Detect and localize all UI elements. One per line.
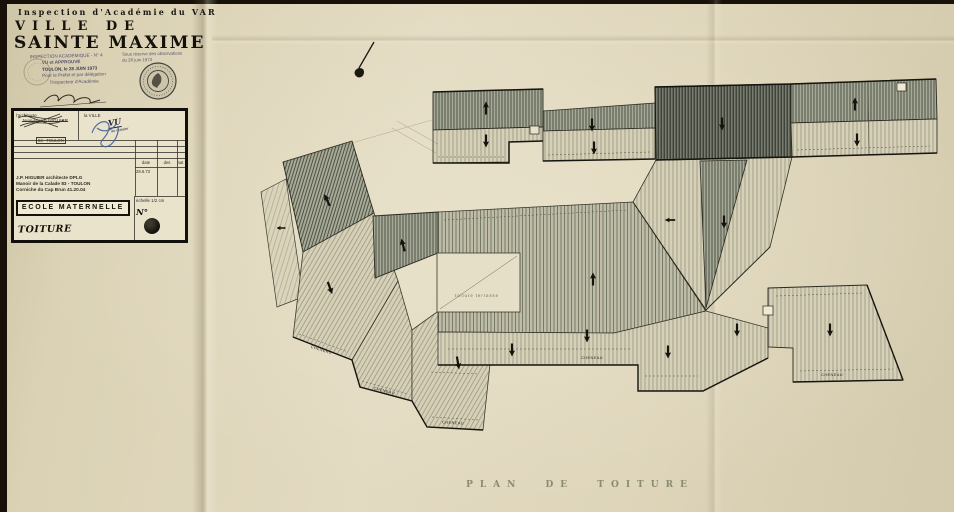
photo-stage: Inspection d'Académie du VAR VILLE DE SA… bbox=[0, 0, 954, 512]
header-region: Inspection d'Académie du VAR bbox=[18, 7, 217, 17]
revision-line bbox=[14, 152, 185, 153]
revision-line bbox=[14, 146, 185, 147]
plan-caption: PLAN DE TOITURE bbox=[460, 480, 700, 490]
header-city-line1: VILLE DE bbox=[15, 19, 141, 34]
title-block: l'architecte Jean-Pierre HIGUIER 83 - TO… bbox=[11, 108, 188, 243]
number-cell-divider bbox=[134, 196, 135, 240]
firm-line3: Corniche du Cap Brun 41.20.04 bbox=[16, 187, 90, 193]
firm-line2: Manoir de la Calade 83 - TOULON bbox=[16, 181, 90, 187]
reservation-note-stamp: Sous réserve des observations du 28 juin… bbox=[122, 50, 198, 63]
table-header-nat: nat bbox=[176, 160, 185, 165]
fold-crease-vertical-left bbox=[192, 0, 218, 512]
ville-label: la VILLE bbox=[84, 113, 101, 118]
table-hline bbox=[135, 167, 185, 168]
titleblock-divider bbox=[78, 111, 79, 140]
table-vline bbox=[177, 140, 178, 196]
sheet-title: TOITURE bbox=[18, 224, 72, 236]
approval-stamp: INSPECTION ACADÉMIQUE - N° 4 VU et APPRO… bbox=[30, 52, 131, 87]
sheet-number-label: N° bbox=[136, 208, 148, 218]
architect-name: Jean-Pierre HIGUIER bbox=[22, 119, 68, 124]
table-first-date: 28.6.73 bbox=[136, 169, 150, 174]
plan-sheet bbox=[7, 4, 954, 512]
project-title-box: ECOLE MATERNELLE bbox=[16, 200, 130, 216]
scale-hline bbox=[135, 196, 185, 197]
table-vline bbox=[157, 140, 158, 196]
firm-block: J.P. HIGUIER architecte DPLG Manoir de l… bbox=[16, 175, 90, 193]
revision-line bbox=[14, 158, 185, 159]
table-vline bbox=[135, 140, 136, 196]
table-header-des: des bbox=[157, 160, 177, 165]
scale-label: échelle 1/2 cm bbox=[136, 198, 164, 203]
fold-crease-horizontal bbox=[212, 35, 954, 45]
architect-label: l'architecte bbox=[16, 113, 37, 118]
fold-crease-vertical-right bbox=[706, 0, 722, 512]
sheet-number-disc bbox=[144, 218, 160, 234]
table-header-date: date bbox=[135, 160, 157, 165]
revision-line bbox=[14, 140, 185, 141]
